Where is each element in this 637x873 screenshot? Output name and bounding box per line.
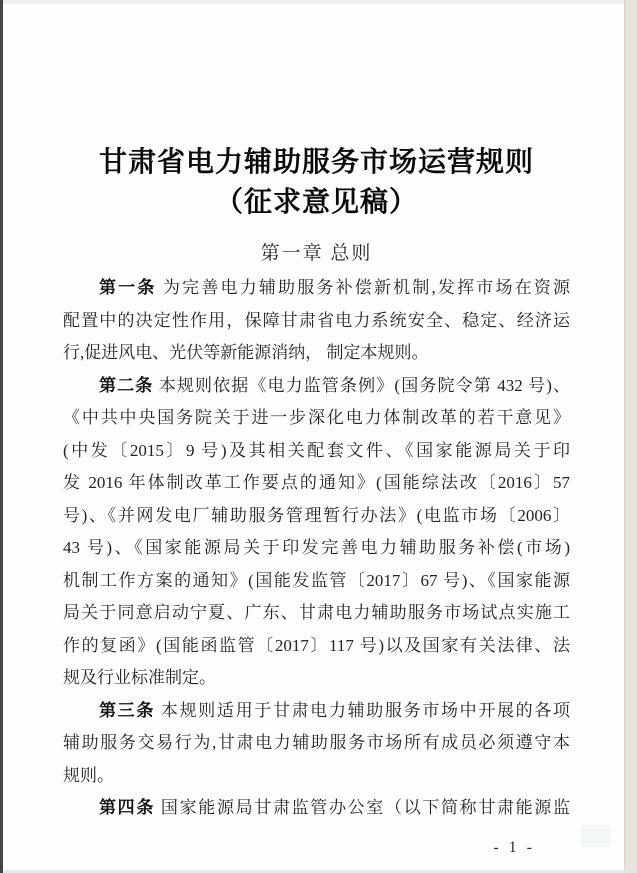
scan-smudge [581,825,611,847]
scan-edge-left [0,0,3,873]
article-number: 第四条 [99,798,155,817]
line-text: 《中共中央国务院关于进一步深化电力体制改革的若干意见》 [63,408,570,427]
body-line: 第三条 本规则适用于甘肃电力辅助服务市场中开展的各项 [63,695,570,728]
scan-edge-right [624,0,637,873]
body-line: 机制工作方案的通知》(国能发监管〔2017〕67 号)、《国家能源 [63,565,570,598]
document-body: 第一条 为完善电力辅助服务补偿新机制,发挥市场在资源 配置中的决定性作用，保障甘… [63,272,570,825]
body-line: 辅助服务交易行为,甘肃电力辅助服务市场所有成员必须遵守本 [63,727,570,760]
line-text: 行,促进风电、光伏等新能源消纳， 制定本规则。 [63,343,429,362]
body-line: 规则。 [63,760,570,793]
line-text: 为完善电力辅助服务补偿新机制,发挥市场在资源 [157,278,570,297]
article-number: 第三条 [99,701,155,720]
line-text: 43 号)、《国家能源局关于印发完善电力辅助服务补偿(市场) [63,538,570,557]
body-line: 行,促进风电、光伏等新能源消纳， 制定本规则。 [63,337,570,370]
line-text: 号)、《并网发电厂辅助服务管理暂行办法》(电监市场〔2006〕 [63,506,570,525]
line-text: 发 2016 年体制改革工作要点的通知》(国能综法改〔2016〕57 [63,473,570,492]
chapter-heading: 第一章 总则 [63,244,570,264]
line-text: (中发〔2015〕9 号)及其相关配套文件、《国家能源局关于印 [63,441,570,460]
body-line: 发 2016 年体制改革工作要点的通知》(国能综法改〔2016〕57 [63,467,570,500]
body-line: 43 号)、《国家能源局关于印发完善电力辅助服务补偿(市场) [63,532,570,565]
body-line: 作的复函》(国能函监管〔2017〕117 号)以及国家有关法律、法 [63,630,570,663]
line-text: 机制工作方案的通知》(国能发监管〔2017〕67 号)、《国家能源 [63,571,570,590]
body-line: 局关于同意启动宁夏、广东、甘肃电力辅助服务市场试点实施工 [63,597,570,630]
page-number: - 1 - [493,839,535,857]
line-text: 国家能源局甘肃监管办公室（以下简称甘肃能源监 [155,798,570,817]
line-text: 规及行业标准制定。 [63,668,216,687]
body-line: (中发〔2015〕9 号)及其相关配套文件、《国家能源局关于印 [63,435,570,468]
doc-subtitle: （征求意见稿） [63,182,570,222]
body-line: 第四条 国家能源局甘肃监管办公室（以下简称甘肃能源监 [63,792,570,825]
doc-title: 甘肃省电力辅助服务市场运营规则 [63,142,570,182]
line-text: 作的复函》(国能函监管〔2017〕117 号)以及国家有关法律、法 [63,636,570,655]
line-text: 局关于同意启动宁夏、广东、甘肃电力辅助服务市场试点实施工 [63,603,570,622]
line-text: 本规则适用于甘肃电力辅助服务市场中开展的各项 [155,701,570,720]
article-number: 第二条 [99,376,153,395]
body-line: 号)、《并网发电厂辅助服务管理暂行办法》(电监市场〔2006〕 [63,500,570,533]
line-text: 辅助服务交易行为,甘肃电力辅助服务市场所有成员必须遵守本 [63,733,570,752]
body-line: 规及行业标准制定。 [63,662,570,695]
line-text: 规则。 [63,766,114,785]
article-number: 第一条 [99,278,157,297]
line-text: 配置中的决定性作用，保障甘肃省电力系统安全、稳定、经济运 [63,311,570,330]
body-line: 配置中的决定性作用，保障甘肃省电力系统安全、稳定、经济运 [63,305,570,338]
body-line: 第一条 为完善电力辅助服务补偿新机制,发挥市场在资源 [63,272,570,305]
document-content: 甘肃省电力辅助服务市场运营规则 （征求意见稿） 第一章 总则 第一条 为完善电力… [63,142,570,825]
document-page: 甘肃省电力辅助服务市场运营规则 （征求意见稿） 第一章 总则 第一条 为完善电力… [0,0,637,873]
scan-edge-top [0,0,637,4]
body-line: 《中共中央国务院关于进一步深化电力体制改革的若干意见》 [63,402,570,435]
line-text: 本规则依据《电力监管条例》(国务院令第 432 号)、 [153,376,570,395]
body-line: 第二条 本规则依据《电力监管条例》(国务院令第 432 号)、 [63,370,570,403]
